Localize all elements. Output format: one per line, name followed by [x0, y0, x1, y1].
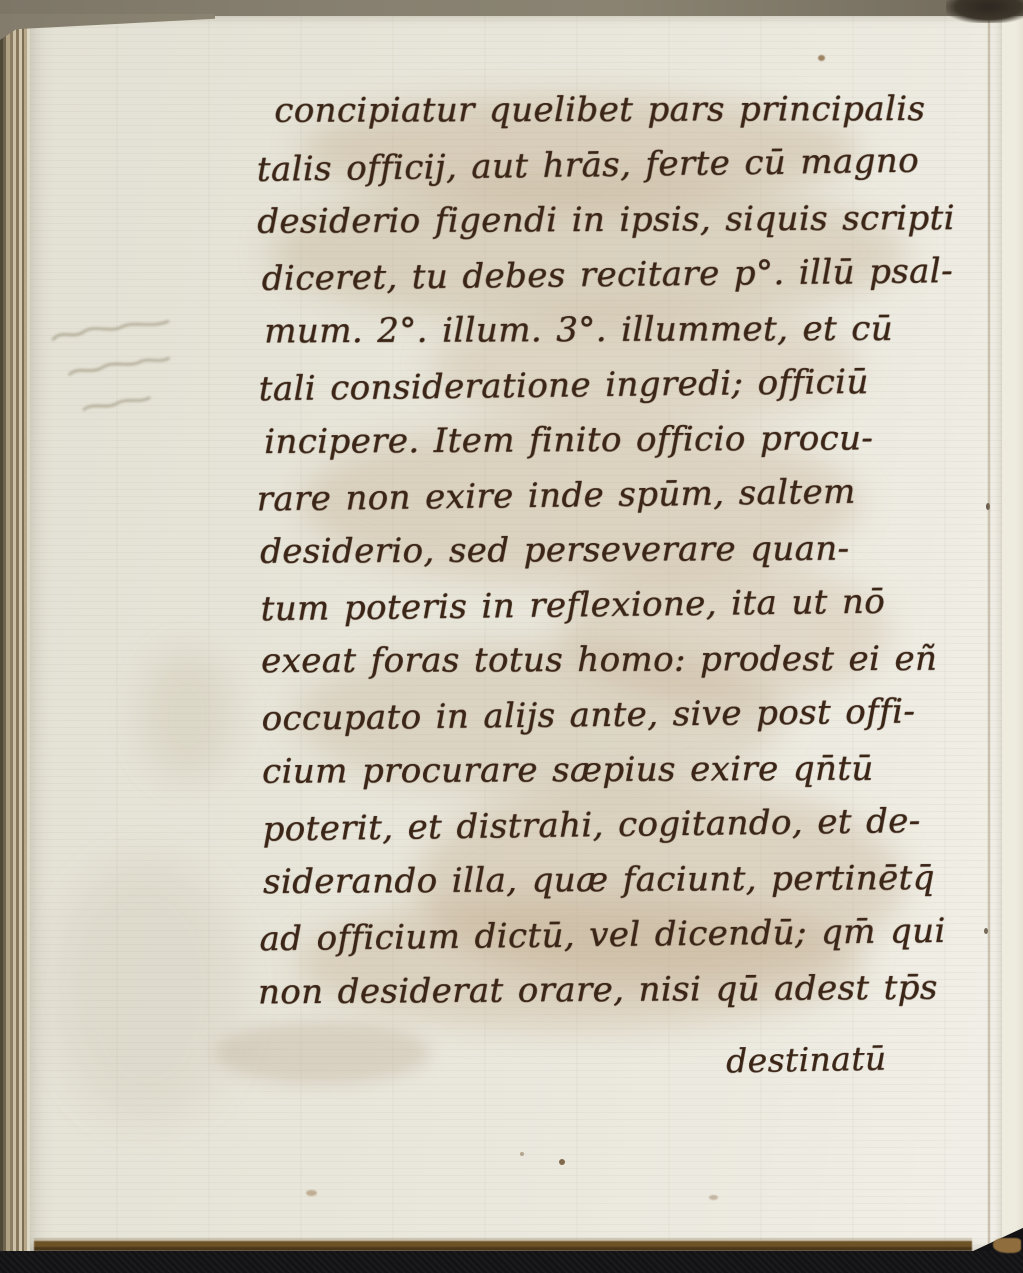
foxing-spot	[306, 1190, 317, 1196]
manuscript-text: concipiatur quelibet pars principalis ta…	[256, 80, 978, 1021]
age-stain	[215, 1022, 430, 1084]
foxing-spot	[818, 55, 825, 61]
ink-speck	[559, 1159, 565, 1165]
foxing-spot	[709, 1195, 718, 1200]
manuscript-line: ad officium dictū, vel dicendū; qm̄ qui	[259, 903, 978, 967]
manuscript-line: rare non exire inde spūm, saltem	[256, 463, 974, 527]
age-stain	[140, 650, 235, 780]
verso-show-through-note	[44, 310, 193, 449]
manuscript-line: tali consideratione ingredi; officiū	[258, 354, 973, 418]
fore-edge	[1000, 12, 1023, 1252]
age-stain	[55, 860, 240, 1120]
manuscript-line: poterit, et distrahi, cogitando, et de-	[262, 793, 977, 857]
manuscript-line: desiderio figendi in ipsis, siquis scrip…	[257, 191, 971, 250]
page-crease-line	[988, 14, 990, 1252]
manuscript-line: diceret, tu debes recitare p°. illū psal…	[261, 244, 972, 307]
manuscript-line: incipere. Item finito officio procu-	[264, 411, 973, 470]
manuscript-line: talis officij, aut hrās, ferte cū magno	[256, 133, 971, 198]
manuscript-line: desiderio, sed perseverare quan-	[260, 521, 974, 580]
catchword: destinatū	[726, 1039, 887, 1081]
manuscript-line: non desiderat orare, nisi qū adest tp̄s	[258, 960, 978, 1020]
page-bottom-edge-gilt	[34, 1238, 972, 1251]
manuscript-line: exeat foras totus homo: prodest ei eñ	[261, 632, 975, 689]
manuscript-photo: concipiatur quelibet pars principalis ta…	[0, 0, 1023, 1273]
manuscript-line: concipiatur quelibet pars principalis	[274, 82, 970, 139]
top-edge-ink-stain	[946, 0, 1023, 23]
foxing-spot	[520, 1152, 524, 1156]
book-top-edge	[0, 0, 1023, 16]
background-cloth	[0, 1251, 1023, 1273]
page-bottom-corner	[993, 1238, 1021, 1253]
manuscript-line: tum poteris in reflexione, ita ut nō	[260, 574, 975, 638]
manuscript-line: cium procurare sæpius exire qn̄tū	[262, 741, 976, 800]
manuscript-line: mum. 2°. illum. 3°. illummet, et cū	[264, 301, 972, 359]
manuscript-line: siderando illa, quæ faciunt, pertinētq̄	[263, 851, 977, 910]
book-gutter-edge	[0, 16, 30, 1256]
manuscript-line: occupato in alijs ante, sive post offi-	[261, 684, 976, 747]
